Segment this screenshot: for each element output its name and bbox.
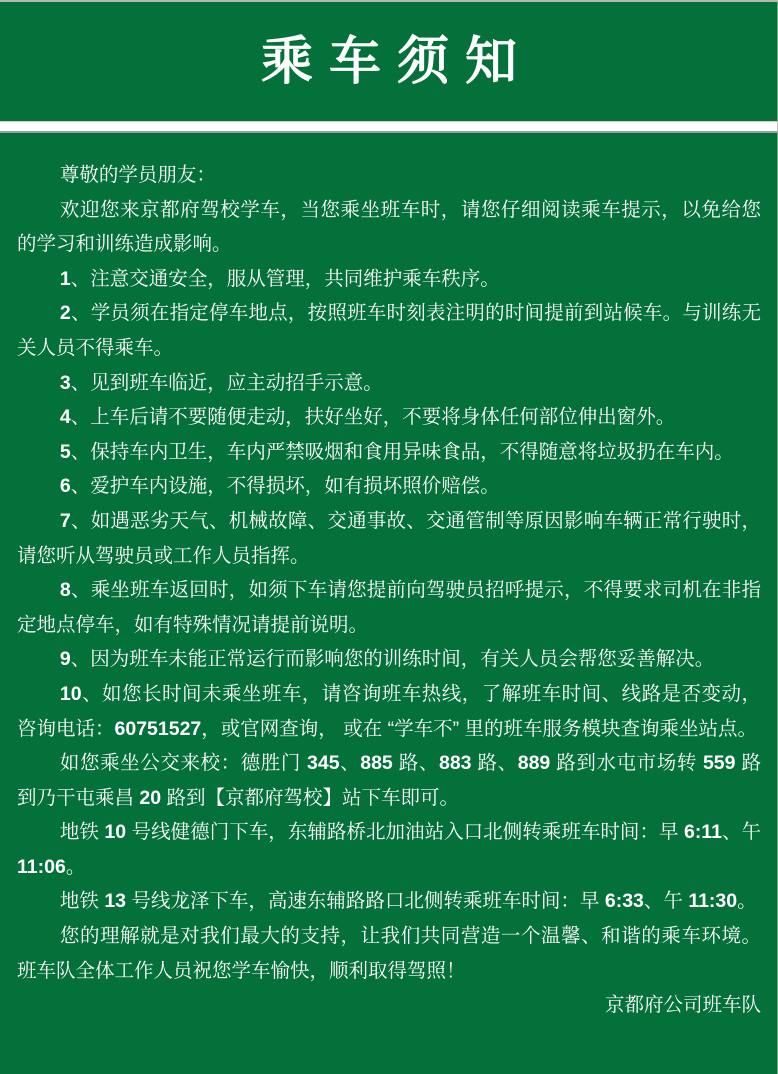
notice-body: 尊敬的学员朋友： 欢迎您来京都府驾校学车，当您乘坐班车时，请您仔细阅读乘车提示，… xyxy=(0,133,778,1023)
notice-rule-2: 2、学员须在指定停车地点，按照班车时刻表注明的时间提前到站候车。与训练无关人员不… xyxy=(17,296,761,365)
page-title: 乘车须知 xyxy=(261,36,533,88)
notice-bus-routes: 如您乘坐公交来校：德胜门 345、885 路、883 路、889 路到水屯市场转… xyxy=(17,746,761,815)
notice-rule-9: 9、因为班车未能正常运行而影响您的训练时间，有关人员会帮您妥善解决。 xyxy=(17,642,761,677)
notice-subway-line-10: 地铁 10 号线健德门下车，东辅路桥北加油站入口北侧转乘班车时间：早 6:11、… xyxy=(17,815,761,884)
notice-closing: 您的理解就是对我们最大的支持，让我们共同营造一个温馨、和谐的乘车环境。班车队全体… xyxy=(17,919,761,988)
notice-rule-4: 4、上车后请不要随便走动，扶好坐好，不要将身体任何部位伸出窗外。 xyxy=(17,400,761,435)
notice-salutation: 尊敬的学员朋友： xyxy=(17,158,761,193)
notice-poster: 乘车须知 尊敬的学员朋友： 欢迎您来京都府驾校学车，当您乘坐班车时，请您仔细阅读… xyxy=(0,0,778,1074)
notice-rule-3: 3、见到班车临近，应主动招手示意。 xyxy=(17,366,761,401)
notice-rule-8: 8、乘坐班车返回时，如须下车请您提前向驾驶员招呼提示，不得要求司机在非指定地点停… xyxy=(17,573,761,642)
notice-rule-1: 1、注意交通安全，服从管理，共同维护乘车秩序。 xyxy=(17,262,761,297)
separator-bar xyxy=(0,121,778,133)
notice-rule-7: 7、如遇恶劣天气、机械故障、交通事故、交通管制等原因影响车辆正常行驶时，请您听从… xyxy=(17,504,761,573)
notice-intro: 欢迎您来京都府驾校学车，当您乘坐班车时，请您仔细阅读乘车提示，以免给您的学习和训… xyxy=(17,193,761,262)
notice-rule-5: 5、保持车内卫生，车内严禁吸烟和食用异味食品，不得随意将垃圾扔在车内。 xyxy=(17,435,761,470)
page-top-edge-line xyxy=(0,0,778,2)
header-band: 乘车须知 xyxy=(0,2,778,121)
notice-rule-6: 6、爱护车内设施，不得损坏，如有损坏照价赔偿。 xyxy=(17,469,761,504)
notice-subway-line-13: 地铁 13 号线龙泽下车，高速东辅路路口北侧转乘班车时间：早 6:33、午 11… xyxy=(17,884,761,919)
signature: 京都府公司班车队 xyxy=(17,988,761,1023)
notice-rule-10: 10、如您长时间未乘坐班车，请咨询班车热线，了解班车时间、线路是否变动，咨询电话… xyxy=(17,677,761,746)
